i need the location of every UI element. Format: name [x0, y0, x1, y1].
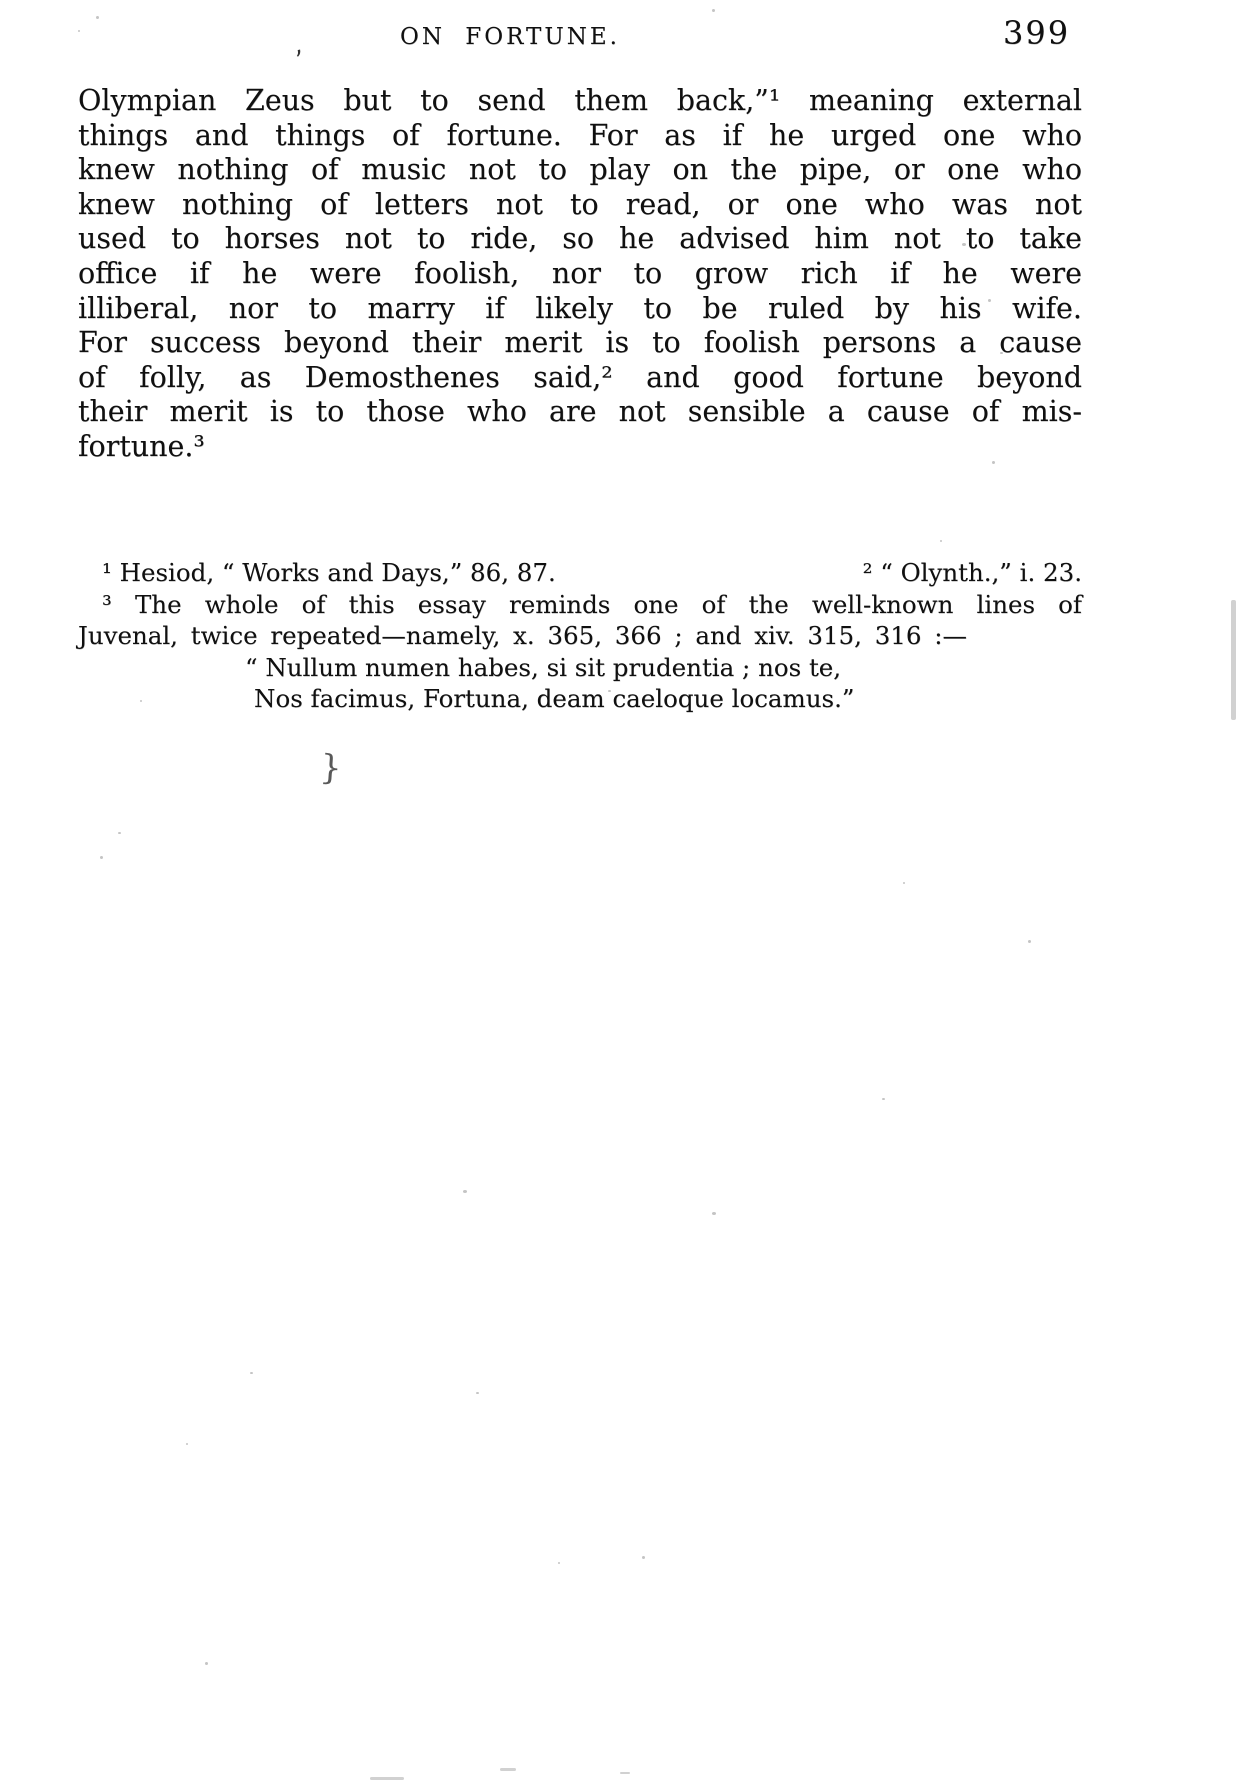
- scan-speckle: [140, 700, 142, 702]
- running-head-title: ON FORTUNE.: [330, 24, 690, 50]
- footnote-quote-line-2: Nos facimus, Fortuna, deam caeloque loca…: [78, 683, 1082, 715]
- scan-speckle: [476, 1392, 479, 1394]
- scan-smudge: [1231, 600, 1236, 720]
- scan-ink-mark: }: [319, 747, 343, 788]
- body-line: illiberal, nor to marry if likely to be …: [78, 292, 1082, 327]
- scan-smudge: [620, 1772, 630, 1774]
- body-line: fortune.³: [78, 430, 1082, 465]
- scan-speckle: [1000, 352, 1003, 354]
- scan-speckle: [78, 30, 80, 32]
- body-line: used to horses not to ride, so he advise…: [78, 222, 1082, 257]
- body-line: For success beyond their merit is to foo…: [78, 326, 1082, 361]
- body-line: office if he were foolish, nor to grow r…: [78, 257, 1082, 292]
- body-line: their merit is to those who are not sens…: [78, 395, 1082, 430]
- body-line: things and things of fortune. For as if …: [78, 119, 1082, 154]
- scan-smudge: [370, 1777, 404, 1780]
- scan-speckle: [712, 9, 715, 12]
- scan-speckle: [558, 1562, 560, 1564]
- scan-speckle: [712, 1212, 716, 1215]
- footnote-2: ² “ Olynth.,” i. 23.: [863, 557, 1082, 589]
- footnote-3-line-2: Juvenal, twice repeated—namely, x. 365, …: [78, 620, 1082, 652]
- scan-speckle: [882, 1098, 885, 1100]
- body-paragraph: Olympian Zeus but to send them back,”¹ m…: [78, 84, 1082, 465]
- footnote-1: ¹ Hesiod, “ Works and Days,” 86, 87.: [102, 557, 556, 589]
- scan-speckle: [988, 299, 991, 302]
- scan-speckle: [962, 243, 966, 246]
- footnote-quote-line-1: “ Nullum numen habes, si sit prudentia ;…: [78, 652, 1082, 684]
- scan-speckle: [642, 1556, 645, 1559]
- scan-speckle: [940, 540, 942, 542]
- page-number: 399: [1003, 14, 1070, 52]
- scan-speckle: [608, 690, 611, 692]
- scan-speckle: [118, 832, 121, 834]
- scan-speckle: [100, 856, 103, 859]
- footnotes-block: ¹ Hesiod, “ Works and Days,” 86, 87. ² “…: [78, 557, 1082, 715]
- footnote-3-line-1: ³ The whole of this essay reminds one of…: [78, 589, 1082, 621]
- scan-speckle: [1028, 940, 1031, 943]
- scan-speckle: [96, 16, 99, 19]
- scan-speckle: [250, 1372, 253, 1374]
- scan-speckle: [205, 1662, 208, 1665]
- scan-speckle: [903, 882, 905, 884]
- scanned-book-page: ON FORTUNE. 399 Olympian Zeus but to sen…: [0, 0, 1238, 1783]
- scan-speckle: [463, 1190, 467, 1193]
- body-line: of folly, as Demosthenes said,² and good…: [78, 361, 1082, 396]
- footnote-row: ¹ Hesiod, “ Works and Days,” 86, 87. ² “…: [78, 557, 1082, 589]
- scan-speckle: [186, 1443, 188, 1445]
- scan-smudge: [500, 1768, 516, 1771]
- scan-speckle: [992, 461, 995, 464]
- scan-ink-mark: ,: [289, 29, 305, 60]
- body-line: Olympian Zeus but to send them back,”¹ m…: [78, 84, 1082, 119]
- body-line: knew nothing of letters not to read, or …: [78, 188, 1082, 223]
- body-line: knew nothing of music not to play on the…: [78, 153, 1082, 188]
